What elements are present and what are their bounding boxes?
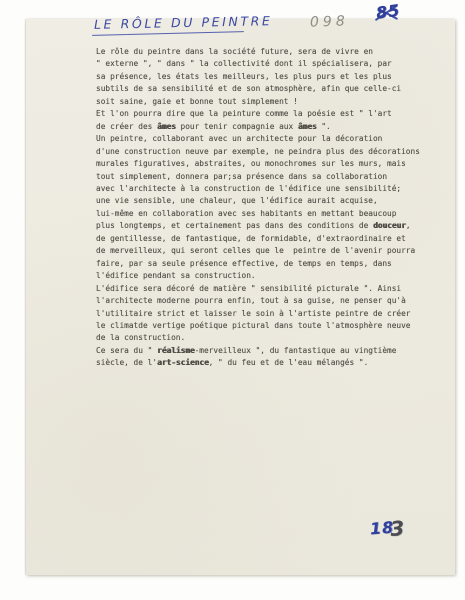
scan-background: LE RÔLE DU PEINTRE 098 85 Le rôle du pei… bbox=[0, 0, 465, 600]
typed-line: " externe ", " dans " la collectivité do… bbox=[96, 58, 436, 70]
typed-line: Le rôle du peintre dans la société futur… bbox=[96, 46, 436, 58]
typed-line: avec l'architecte à la construction de l… bbox=[96, 183, 436, 195]
page-number-pencil: 098 bbox=[310, 13, 349, 30]
typed-line: faire, par sa seule présence effective, … bbox=[96, 258, 436, 270]
typed-line: de merveilleux, qui seront celles que le… bbox=[96, 245, 436, 257]
typed-line: murales figuratives, abstraites, ou mono… bbox=[96, 158, 436, 170]
typed-line: Ce sera du " réalisme-merveilleux ", du … bbox=[96, 345, 436, 357]
typed-line: subtils de sa sensibilité et de son atmo… bbox=[96, 83, 436, 95]
typed-line: soit saine, gaie et bonne tout simplemen… bbox=[96, 96, 436, 108]
typed-line: l'utilitaire strict et laisser le soin à… bbox=[96, 308, 436, 320]
bottom-page-number: 183 bbox=[369, 513, 409, 546]
typed-line: de la construction. bbox=[96, 332, 436, 344]
bottom-number-dark: 3 bbox=[389, 516, 405, 541]
typed-line: sa présence, les états les meilleurs, le… bbox=[96, 71, 436, 83]
typed-line: Et l'on pourra dire que la peinture comm… bbox=[96, 108, 436, 120]
typed-line: siècle, de l'art-science, " du feu et de… bbox=[96, 357, 436, 369]
typed-line: l'édifice pendant sa construction. bbox=[96, 270, 436, 282]
typed-line: de gentillesse, de fantastique, de formi… bbox=[96, 233, 436, 245]
typed-text-block: Le rôle du peintre dans la société futur… bbox=[96, 46, 436, 370]
typed-line: une vie sensible, une chaleur, que l'édi… bbox=[96, 195, 436, 207]
typed-line: L'édifice sera décoré de matière " sensi… bbox=[96, 283, 436, 295]
typed-line: de créer des âmes pour tenir compagnie a… bbox=[96, 121, 436, 133]
typed-line: tout simplement, donnera par;sa présence… bbox=[96, 171, 436, 183]
typed-line: d'une construction neuve par exemple, ne… bbox=[96, 146, 436, 158]
typed-line: le climatde vertige poétique pictural da… bbox=[96, 320, 436, 332]
typed-line: Un peintre, collaborant avec un architec… bbox=[96, 133, 436, 145]
typed-line: l'architecte moderne pourra enfin, tout … bbox=[96, 295, 436, 307]
typed-line: plus longtemps, et certainement pas dans… bbox=[96, 220, 436, 232]
typed-line: lui-même en collaboration avec ses habit… bbox=[96, 208, 436, 220]
